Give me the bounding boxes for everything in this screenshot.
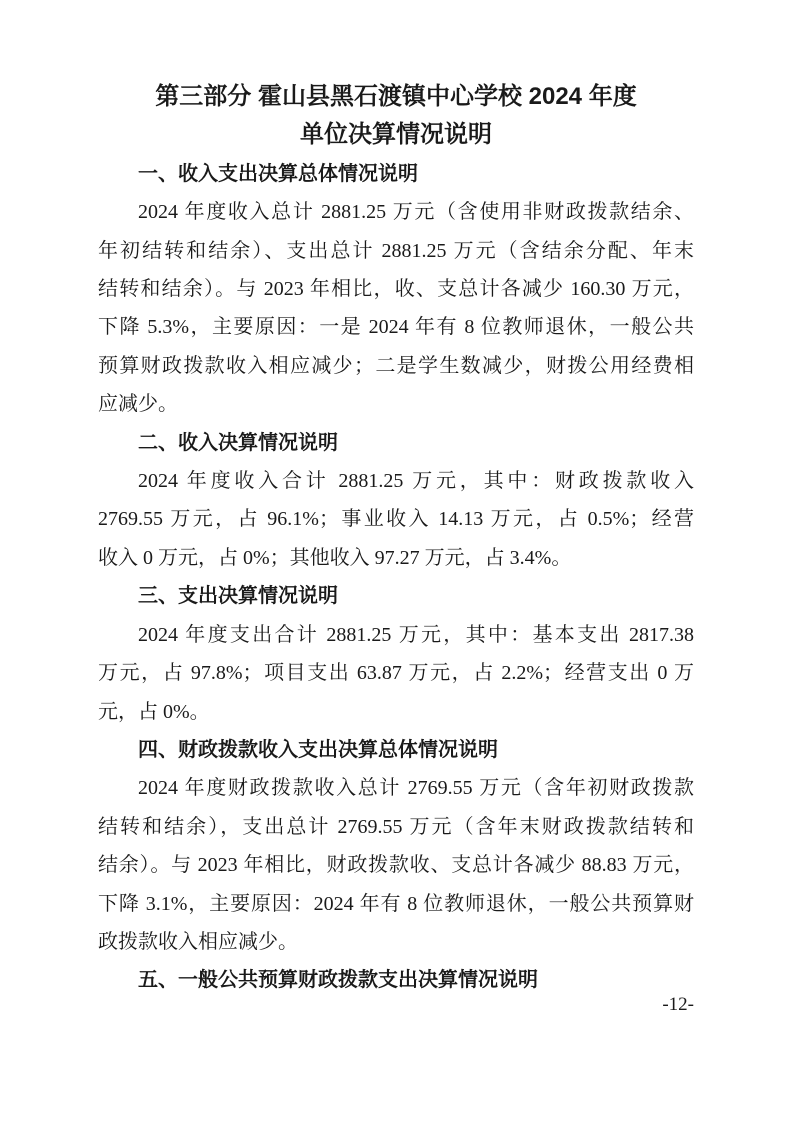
section-5-heading: 五、一般公共预算财政拨款支出决算情况说明: [98, 961, 694, 999]
page-number: -12-: [662, 991, 694, 1019]
paragraph-line: 结余）。与 2023 年相比，财政拨款收、支总计各减少 88.83 万元，: [98, 846, 694, 884]
document-title-line-2: 单位决算情况说明: [98, 116, 694, 154]
paragraph-line: 下降 3.1%，主要原因：2024 年有 8 位教师退休，一般公共预算财: [98, 885, 694, 923]
paragraph-line: 2769.55 万元，占 96.1%；事业收入 14.13 万元，占 0.5%；…: [98, 500, 694, 538]
section-2-heading: 二、收入决算情况说明: [98, 424, 694, 462]
document-content: 第三部分 霍山县黑石渡镇中心学校 2024 年度 单位决算情况说明 一、收入支出…: [98, 78, 694, 1000]
paragraph-line: 万元，占 97.8%；项目支出 63.87 万元，占 2.2%；经营支出 0 万: [98, 654, 694, 692]
paragraph-line: 2024 年度财政拨款收入总计 2769.55 万元（含年初财政拨款: [98, 769, 694, 807]
paragraph-line: 结转和结余），支出总计 2769.55 万元（含年末财政拨款结转和: [98, 808, 694, 846]
paragraph-line: 2024 年度收入总计 2881.25 万元（含使用非财政拨款结余、: [98, 193, 694, 231]
section-general-public-budget-expenditure: 五、一般公共预算财政拨款支出决算情况说明: [98, 961, 694, 999]
paragraph-line: 应减少。: [98, 385, 694, 423]
paragraph-line: 结转和结余）。与 2023 年相比，收、支总计各减少 160.30 万元，: [98, 270, 694, 308]
section-3-heading: 三、支出决算情况说明: [98, 577, 694, 615]
document-page: 第三部分 霍山县黑石渡镇中心学校 2024 年度 单位决算情况说明 一、收入支出…: [0, 0, 793, 1122]
paragraph-line: 预算财政拨款收入相应减少；二是学生数减少，财拨公用经费相: [98, 347, 694, 385]
paragraph-line: 2024 年度支出合计 2881.25 万元，其中：基本支出 2817.38: [98, 616, 694, 654]
section-4-heading: 四、财政拨款收入支出决算总体情况说明: [98, 731, 694, 769]
section-fiscal-appropriation-overall: 四、财政拨款收入支出决算总体情况说明 2024 年度财政拨款收入总计 2769.…: [98, 731, 694, 961]
document-title-line-1: 第三部分 霍山县黑石渡镇中心学校 2024 年度: [98, 78, 694, 116]
section-income-statement: 二、收入决算情况说明 2024 年度收入合计 2881.25 万元，其中：财政拨…: [98, 424, 694, 578]
paragraph-line: 2024 年度收入合计 2881.25 万元，其中：财政拨款收入: [98, 462, 694, 500]
section-overall-income-expenditure: 一、收入支出决算总体情况说明 2024 年度收入总计 2881.25 万元（含使…: [98, 155, 694, 424]
paragraph-line: 政拨款收入相应减少。: [98, 923, 694, 961]
paragraph-line: 元，占 0%。: [98, 693, 694, 731]
section-1-heading: 一、收入支出决算总体情况说明: [98, 155, 694, 193]
section-expenditure-statement: 三、支出决算情况说明 2024 年度支出合计 2881.25 万元，其中：基本支…: [98, 577, 694, 731]
paragraph-line: 下降 5.3%，主要原因：一是 2024 年有 8 位教师退休，一般公共: [98, 308, 694, 346]
paragraph-line: 年初结转和结余）、支出总计 2881.25 万元（含结余分配、年末: [98, 232, 694, 270]
paragraph-line: 收入 0 万元，占 0%；其他收入 97.27 万元，占 3.4%。: [98, 539, 694, 577]
